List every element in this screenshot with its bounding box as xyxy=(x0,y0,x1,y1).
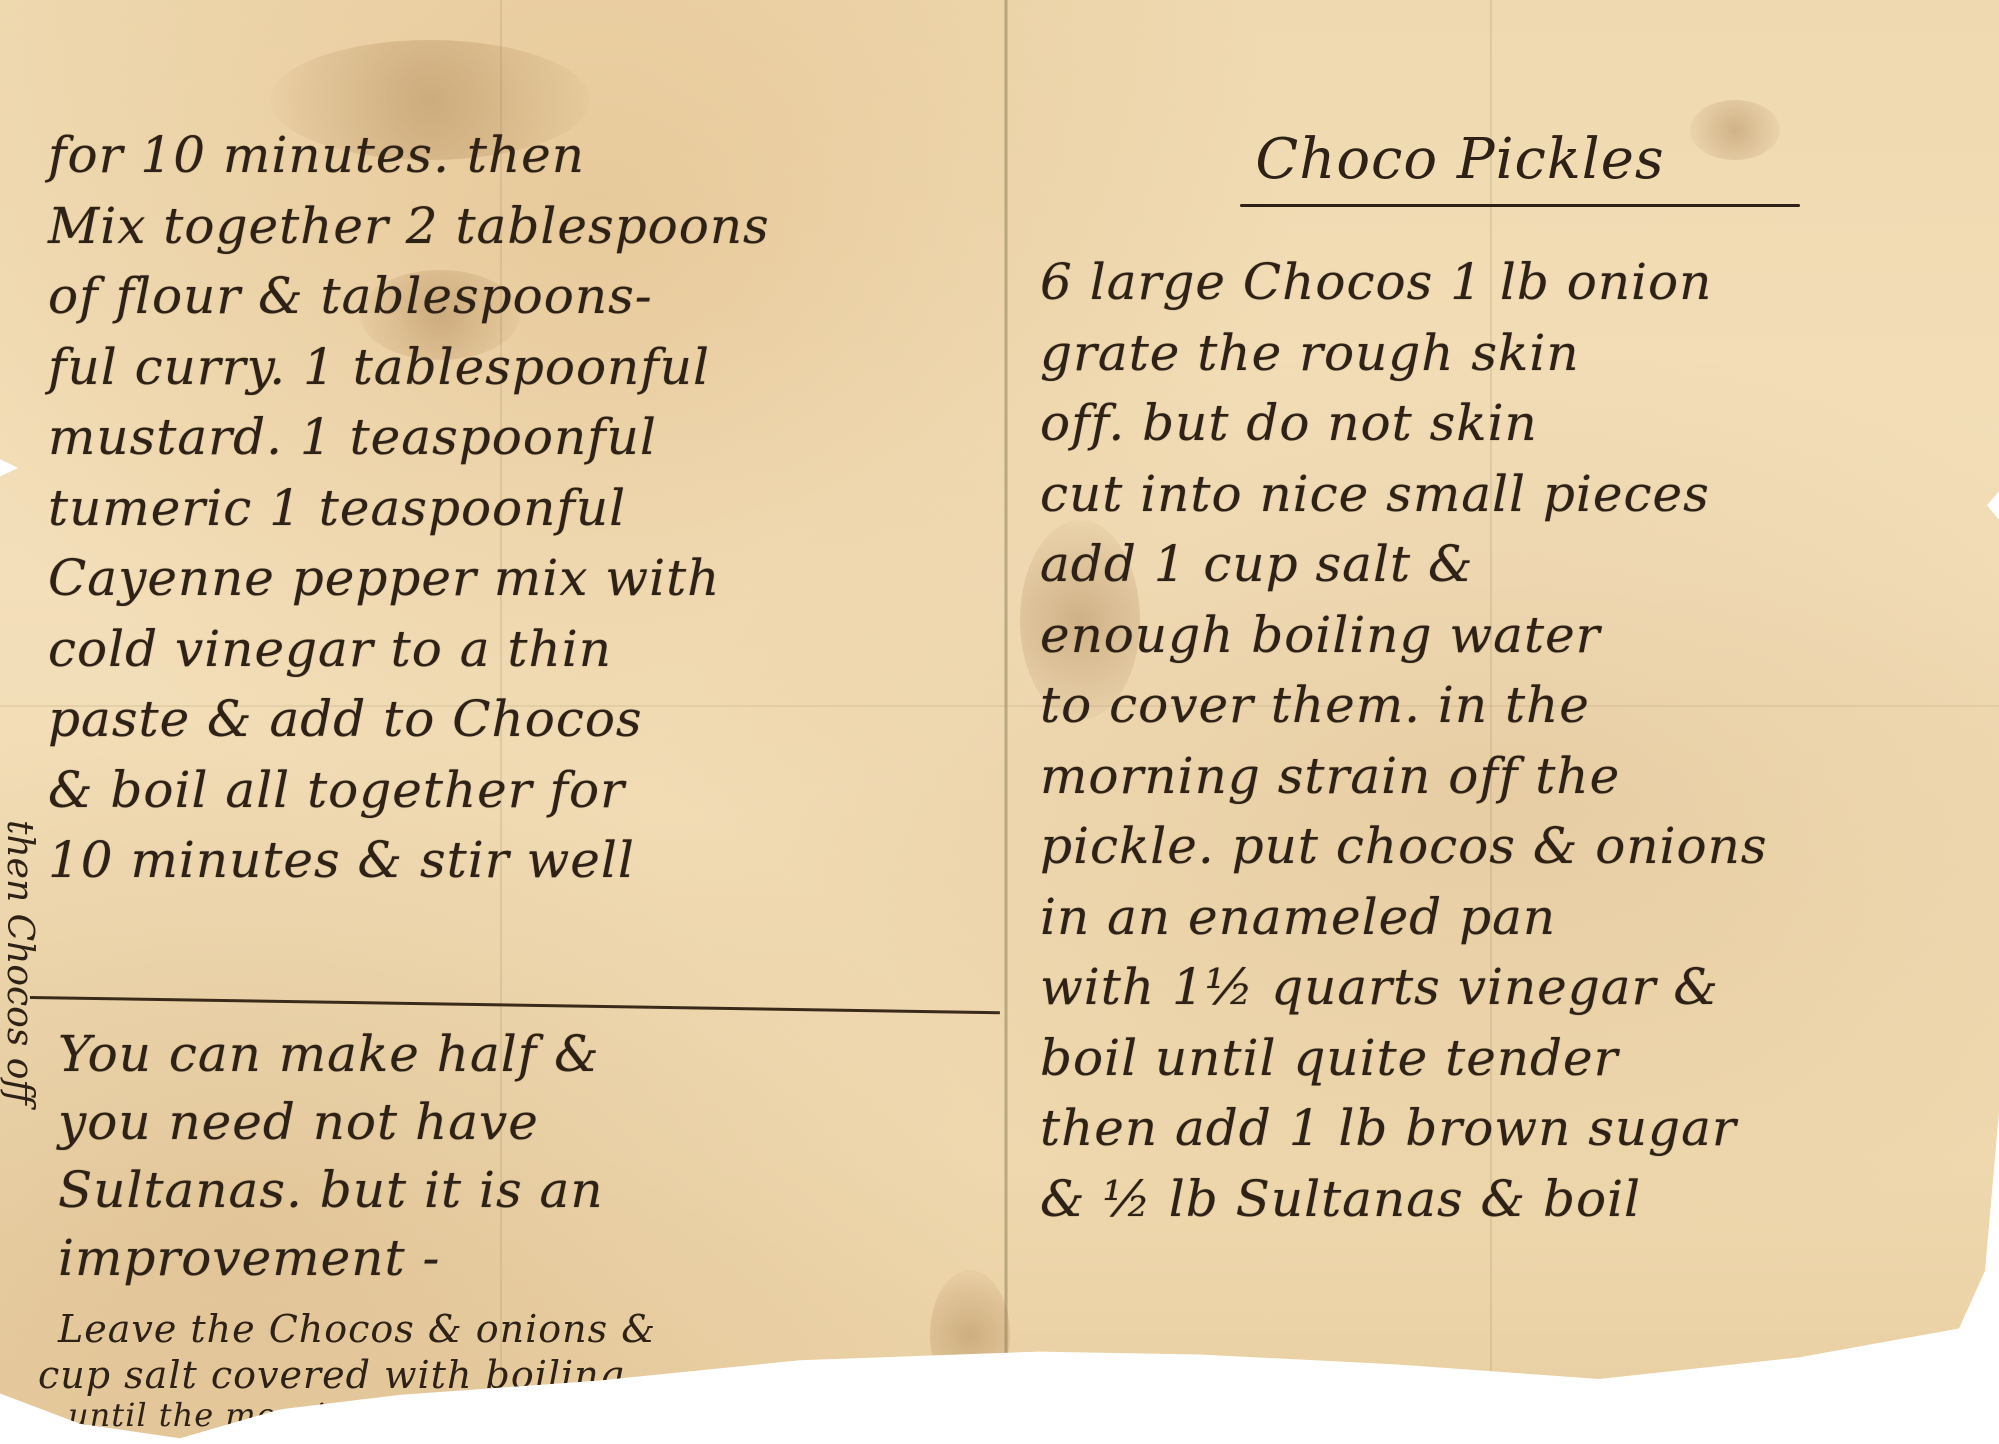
text-line: cut into nice small pieces xyxy=(1040,459,1980,530)
manuscript-page: for 10 minutes. then Mix together 2 tabl… xyxy=(0,0,1999,1444)
note-line: Sultanas. but it is an xyxy=(58,1156,998,1224)
text-line: Mix together 2 tablespoons xyxy=(48,191,988,262)
text-line: then add 1 lb brown sugar xyxy=(1040,1093,1980,1164)
text-line: mustard. 1 teaspoonful xyxy=(48,402,988,473)
note-line: improvement - xyxy=(58,1224,998,1292)
note-line: you need not have xyxy=(58,1088,998,1156)
footnote-line: cup salt covered with boiling xyxy=(38,1352,998,1398)
text-line: enough boiling water xyxy=(1040,600,1980,671)
text-line: & boil all together for xyxy=(48,755,988,826)
text-line: tumeric 1 teaspoonful xyxy=(48,473,988,544)
footnote-line: until the morning xyxy=(68,1398,998,1432)
text-line: off. but do not skin xyxy=(1040,388,1980,459)
footnote-line: Leave the Chocos & onions & xyxy=(58,1306,998,1352)
text-line: boil until quite tender xyxy=(1040,1023,1980,1094)
text-line: ful curry. 1 tablespoonful xyxy=(48,332,988,403)
left-page-note: You can make half & you need not have Su… xyxy=(58,1020,998,1432)
text-line: paste & add to Chocos xyxy=(48,684,988,755)
text-line: pickle. put chocos & onions xyxy=(1040,811,1980,882)
center-fold xyxy=(1004,0,1008,1400)
margin-note: then Chocos off xyxy=(0,820,40,1105)
text-line: in an enameled pan xyxy=(1040,882,1980,953)
title-underline xyxy=(1240,204,1800,207)
note-line: You can make half & xyxy=(58,1020,998,1088)
text-line: 6 large Chocos 1 lb onion xyxy=(1040,247,1980,318)
text-line: with 1½ quarts vinegar & xyxy=(1040,952,1980,1023)
section-divider xyxy=(30,996,1000,1014)
text-line: & ½ lb Sultanas & boil xyxy=(1040,1164,1980,1235)
left-page-text: for 10 minutes. then Mix together 2 tabl… xyxy=(48,120,988,896)
text-line: 10 minutes & stir well xyxy=(48,825,988,896)
text-line: for 10 minutes. then xyxy=(48,120,988,191)
right-page-text: Choco Pickles 6 large Chocos 1 lb onion … xyxy=(1040,120,1980,1234)
text-line: add 1 cup salt & xyxy=(1040,529,1980,600)
text-line: grate the rough skin xyxy=(1040,318,1980,389)
text-line: morning strain off the xyxy=(1040,741,1980,812)
text-line: to cover them. in the xyxy=(1040,670,1980,741)
text-line: cold vinegar to a thin xyxy=(48,614,988,685)
text-line: of flour & tablespoons- xyxy=(48,261,988,332)
recipe-title: Choco Pickles xyxy=(1160,120,1760,200)
text-line: Cayenne pepper mix with xyxy=(48,543,988,614)
